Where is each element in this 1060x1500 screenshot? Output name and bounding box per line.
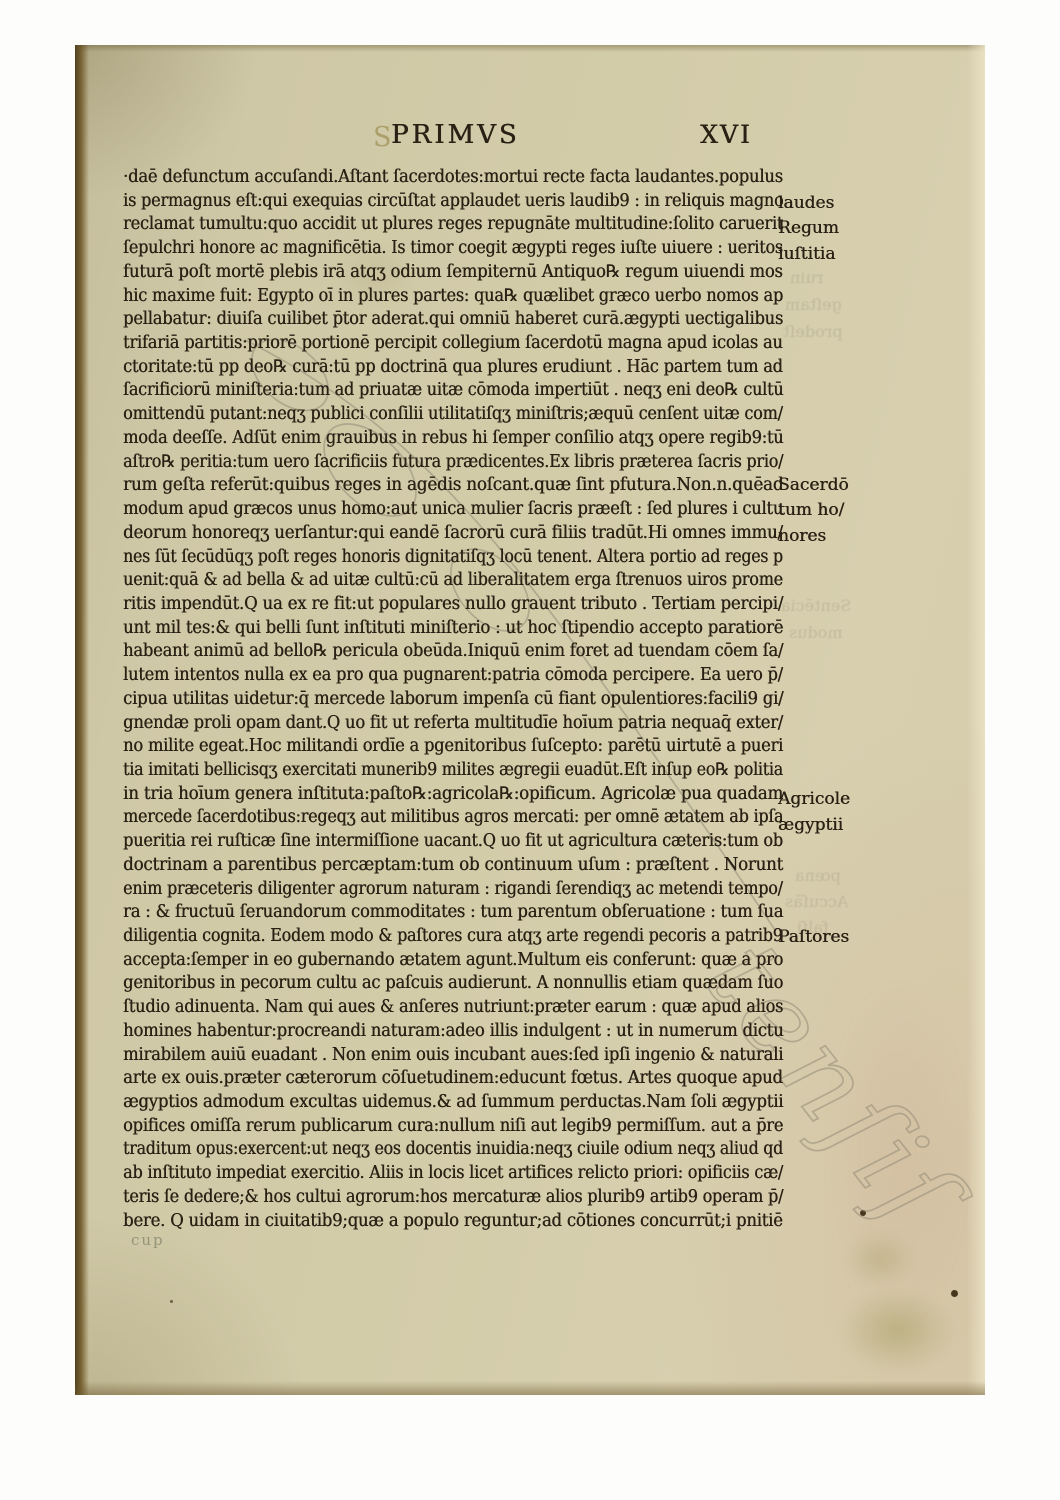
line: in tria hoīum genera inſtituta:paſto℞:ag… bbox=[123, 783, 803, 807]
line: doctrinam a parentibus percæptam:tum ob … bbox=[123, 854, 803, 878]
line: ritis impendūt.Q ua ex re fit:ut popular… bbox=[123, 593, 803, 617]
line: lutem intentos nulla ex ea pro qua pugna… bbox=[123, 664, 803, 688]
running-title: PRIMVS bbox=[391, 120, 520, 150]
line: habeant animū ad bello℞ pericula obeūda.… bbox=[123, 640, 803, 664]
line: modum apud græcos unus homo:aut unica mu… bbox=[123, 498, 803, 522]
line: hic maxime fuit: Egypto oī in plures par… bbox=[123, 285, 803, 309]
line: bere. Q uidam in ciuitatib9;quæ a populo… bbox=[123, 1210, 803, 1234]
line: reclamat tumultu:quo accidit ut plures r… bbox=[123, 213, 803, 237]
line: arte ex ouis.præter cæterorum cōſuetudin… bbox=[123, 1067, 803, 1091]
line: mercede ſacerdotibus:regeqʒ aut militibu… bbox=[123, 806, 803, 830]
line: no milite egeat.Hoc militandi ordīe a pg… bbox=[123, 735, 803, 759]
line: enim præceteris diligenter agrorum natur… bbox=[123, 878, 803, 902]
line: cipua utilitas uidetur:q̄ mercede laboru… bbox=[123, 688, 803, 712]
line: ab inſtituto impediat exercitio. Aliis i… bbox=[123, 1162, 803, 1186]
line: ra : & fructuū ſeruandorum commoditates … bbox=[123, 901, 803, 925]
scan-photo-background: { "page": { "header": { "ghost_initial":… bbox=[0, 0, 1060, 1500]
wormhole-speck bbox=[860, 1210, 866, 1216]
page-right-edge bbox=[967, 45, 985, 1395]
line: ſtudio adinuenta. Nam qui aues & anſeres… bbox=[123, 996, 803, 1020]
line: moda deeſſe. Adſūt enim grauibus in rebu… bbox=[123, 427, 803, 451]
line: mirabilem auiū euadant . Non enim ouis i… bbox=[123, 1044, 803, 1068]
line: pellabatur: diuiſa cuilibet p̄tor aderat… bbox=[123, 308, 803, 332]
line: unt mil tes:& qui belli ſunt inſtituti m… bbox=[123, 617, 803, 641]
folio-number: XVI bbox=[700, 120, 752, 149]
line: genitoribus in pecorum cultu ac paſcuis … bbox=[123, 972, 803, 996]
line: diligentia cognita. Eodem modo & paſtore… bbox=[123, 925, 803, 949]
line: is permagnus eſt:qui exequias circūſtat … bbox=[123, 190, 803, 214]
line: tia imitati bellicisqʒ exercitati muneri… bbox=[123, 759, 803, 783]
line: rum geſta referūt:quibus reges in agēdis… bbox=[123, 474, 803, 498]
page-header: S PRIMVS XVI bbox=[75, 120, 985, 156]
wormhole-speck bbox=[170, 1300, 173, 1303]
line: gnendæ proli opam dant.Q uo fit ut refer… bbox=[123, 712, 803, 736]
line: ctoritate:tū pp deo℞ curā:tū pp doctrinā… bbox=[123, 356, 803, 380]
line: opifices omiſſa rerum publicarum cura:nu… bbox=[123, 1115, 803, 1139]
line: nes ſūt ſecūdūqʒ poſt reges honoris dign… bbox=[123, 546, 803, 570]
line: ſacrificiorū miniſteria:tum ad priuatæ u… bbox=[123, 379, 803, 403]
binding-gutter-shadow bbox=[75, 45, 89, 1395]
paper-stain bbox=[830, 1220, 930, 1298]
line: aſtro℞ peritia:tum uero ſacrificiis futu… bbox=[123, 451, 803, 475]
page-bottom-edge bbox=[75, 1381, 985, 1395]
paper-stain bbox=[810, 925, 985, 1385]
line: trifariā partitis:priorē portionē percip… bbox=[123, 332, 803, 356]
line: ·daē defunctum accuſandi.Aſtant ſacerdot… bbox=[123, 166, 803, 190]
line: traditum opus:exercent:ut neqʒ eos docen… bbox=[123, 1138, 803, 1162]
line: teris ſe dedere;& hos cultui agrorum:hos… bbox=[123, 1186, 803, 1210]
page-top-edge bbox=[75, 45, 985, 52]
line: deorum honoreqʒ uerſantur:qui eandē ſacr… bbox=[123, 522, 803, 546]
faint-stamp-mark: cup bbox=[131, 1231, 165, 1249]
line: futurā poſt mortē plebis irā atqʒ odium … bbox=[123, 261, 803, 285]
line: accepta:ſemper in eo gubernando ætatem a… bbox=[123, 949, 803, 973]
body-text-block: ·daē defunctum accuſandi.Aſtant ſacerdot… bbox=[123, 166, 803, 1233]
line: ſepulchri honore ac magnificētia. Is tim… bbox=[123, 237, 803, 261]
book-page: tenſiſ S PRIMVS XVI ·daē defunctum accuſ… bbox=[75, 45, 985, 1395]
wormhole-speck bbox=[951, 1290, 958, 1297]
line: homines habentur:procreandi naturam:adeo… bbox=[123, 1020, 803, 1044]
line: pueritia rei ruſticæ ſine intermiſſione … bbox=[123, 830, 803, 854]
line: uenit:quā & ad bella & ad uitæ cultū:cū … bbox=[123, 569, 803, 593]
line: omittendū putant:neqʒ publici conſilii u… bbox=[123, 403, 803, 427]
line: ægyptios admodum excultas uidemus.& ad ſ… bbox=[123, 1091, 803, 1115]
